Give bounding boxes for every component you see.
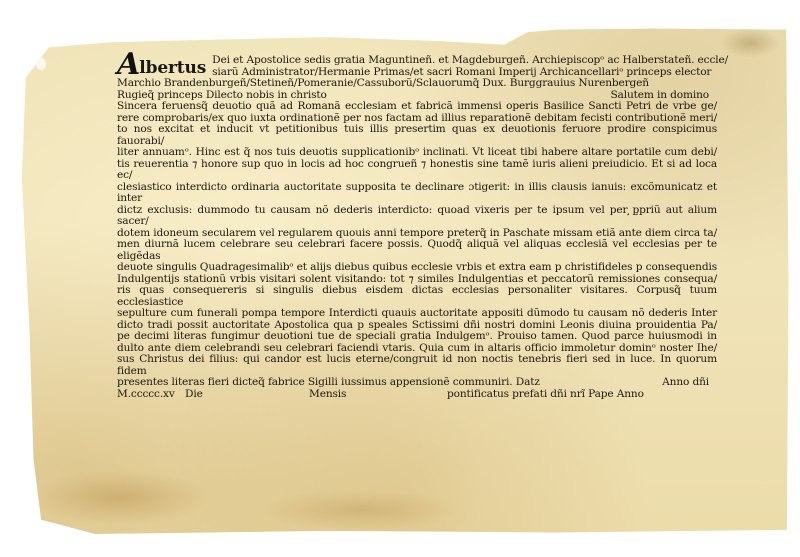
initial-word: lbertus (139, 58, 206, 78)
pontificate: pontificatus prefati dñi nrĩ Pape Anno (447, 389, 644, 401)
year: M.ccccc.xv (117, 389, 175, 401)
text-line: Sincera feruensq̃ deuotio quã ad Romanã … (117, 101, 717, 113)
text-line: ris quas consequereris si singulis diebu… (117, 285, 717, 308)
text-line: sus Christus dei filius: qui candor est … (117, 354, 717, 377)
text-line: Dei et Apostolice sedis gratia Maguntine… (212, 55, 728, 67)
text-line: liter annuamᵒ. Hinc est q̃ nos tuis deuo… (117, 147, 717, 159)
text-line: Marchio Brandenburgeñ/Stetineñ/Pomeranie… (117, 78, 717, 90)
anno-domini: Anno dñi (662, 377, 709, 389)
indulgence-text: A lbertus Dei et Apostolice sedis gratia… (117, 52, 717, 401)
text-line: clesiastico interdicto ordinaria auctori… (117, 182, 717, 205)
text-line: men diurnã lucem celebrare seu celebrari… (117, 239, 717, 262)
text-line: tis reuerentia ⁊ honore sup quo in locis… (117, 159, 717, 182)
date-line: M.ccccc.xv Die Mensis pontificatus prefa… (117, 389, 717, 401)
month-label: Mensis (309, 389, 346, 401)
text-line: presentes literas fieri dicteq̃ fabrice … (117, 377, 717, 389)
text-line: pe decimi literas fungimur deuotioni tue… (117, 331, 717, 343)
text-line: dictz exclusis: dummodo tu causam nõ ded… (117, 205, 717, 228)
day-label: Die (185, 389, 203, 401)
text-line: deuote singulis Quadragesimalibᵒ et alij… (117, 262, 717, 274)
heading: A lbertus Dei et Apostolice sedis gratia… (117, 52, 717, 78)
salutation: Salutem in domino (610, 90, 709, 102)
text-line: sepulture cum funerali pompa tempore Int… (117, 308, 717, 320)
text-line: to nos excitat et inducit vt petitionibu… (117, 124, 717, 147)
initial-capital: A (117, 52, 139, 78)
